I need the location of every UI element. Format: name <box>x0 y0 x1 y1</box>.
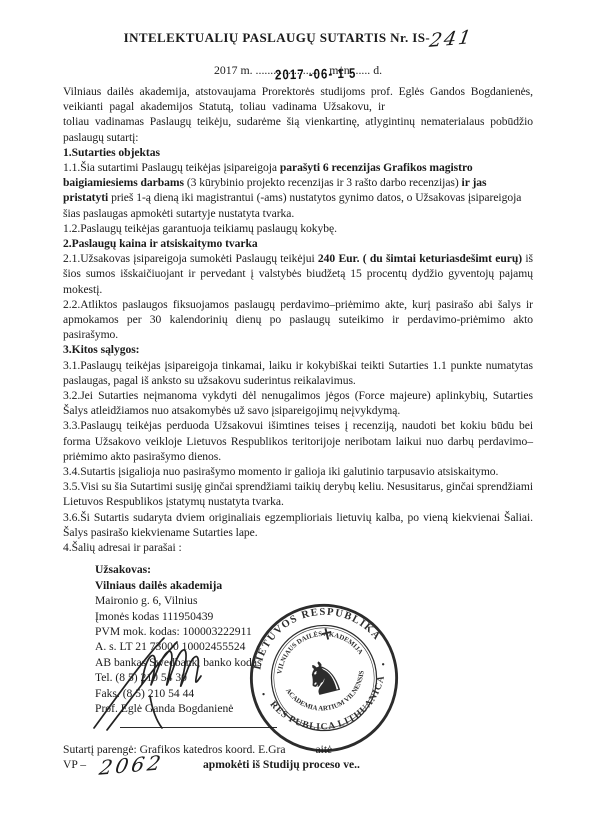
section-2-heading: 2.Paslaugų kaina ir atsiskaitymo tvarka <box>63 236 533 251</box>
intro-paragraph: Vilniaus dailės akademija, atstovaujama … <box>63 84 533 145</box>
vytis-knight-icon: ♞ <box>298 647 350 708</box>
section-3-heading: 3.Kitos sąlygos: <box>63 342 533 357</box>
signature-flourish <box>80 636 290 732</box>
clause-3-1: 3.1.Paslaugų teikėjas įsipareigoja tinka… <box>63 358 533 388</box>
section-1-heading: 1.Sutarties objektas <box>63 145 533 160</box>
section-4-heading: 4.Šalių adresai ir parašai : <box>63 540 533 555</box>
clause-2-1: 2.1.Užsakovas įsipareigoja sumokėti Pasl… <box>63 251 533 297</box>
clause-3-5: 3.5.Visi su šia Sutartimi susiję ginčai … <box>63 479 533 509</box>
date-line: 2017 m. ........................ mėn. ..… <box>63 63 533 81</box>
date-stamp: 2017 -06- 1 5 <box>275 67 357 83</box>
clause-3-3: 3.3.Paslaugų teikėjas perduoda Užsakovui… <box>63 418 533 464</box>
client-name: Vilniaus dailės akademija <box>95 578 533 593</box>
clause-1-1: 1.1.Šia sutartimi Paslaugų teikėjas įsip… <box>63 160 533 221</box>
contract-title-text: INTELEKTUALIŲ PASLAUGŲ SUTARTIS Nr. IS- <box>124 30 430 45</box>
client-label: Užsakovas: <box>95 562 533 577</box>
clause-3-4: 3.4.Sutartis įsigalioja nuo pasirašymo m… <box>63 464 533 479</box>
clause-3-2: 3.2.Jei Sutarties neįmanoma vykdyti dėl … <box>63 388 533 418</box>
vp-number-handwritten: 2062 <box>98 756 164 776</box>
contract-page: INTELEKTUALIŲ PASLAUGŲ SUTARTIS Nr. IS-2… <box>0 0 595 837</box>
vp-label: VP – <box>63 758 86 771</box>
clause-1-2: 1.2.Paslaugų teikėjas garantuoja teikiam… <box>63 221 533 236</box>
stamp-separator-right: • <box>380 659 385 669</box>
contract-title: INTELEKTUALIŲ PASLAUGŲ SUTARTIS Nr. IS-2… <box>63 28 533 50</box>
clause-3-6: 3.6.Ši Sutartis sudaryta dviem originali… <box>63 510 533 540</box>
clause-2-2: 2.2.Atliktos paslaugos fiksuojamos pasla… <box>63 297 533 343</box>
contract-number-handwritten: 241 <box>428 26 475 52</box>
contract-body: Vilniaus dailės akademija, atstovaujama … <box>63 84 533 555</box>
